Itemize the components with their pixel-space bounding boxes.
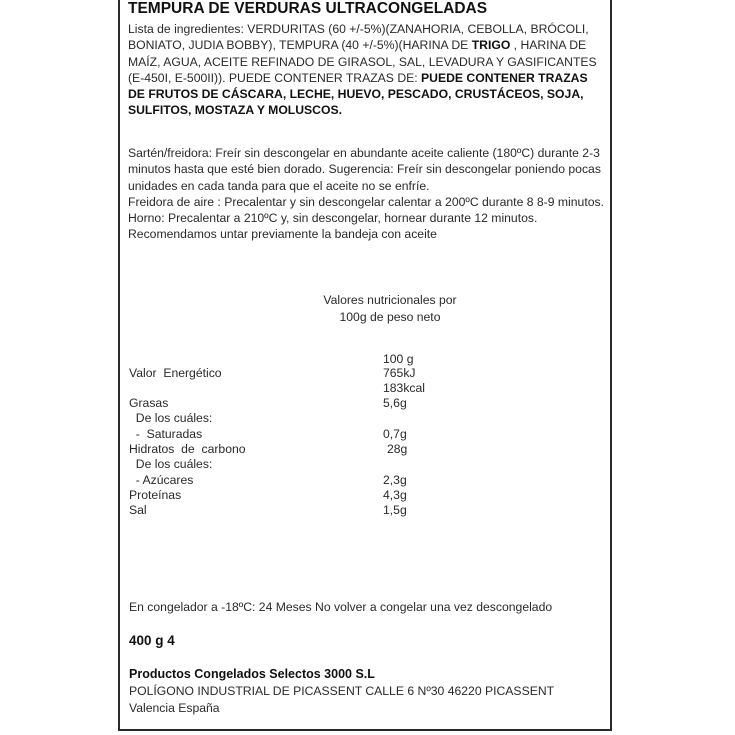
nutrition-row-label: Grasas [129,396,168,410]
nutrition-row-value: 2,3g [383,473,407,487]
nutrition-row-value: 5,6g [383,396,407,410]
nutrition-row-value: 28g [387,442,407,456]
nutrition-row-label: Valor Energético [129,366,222,380]
nutrition-row-value: 4,3g [383,488,407,502]
nutrition-row-label: - Azúcares [129,473,193,487]
company-name: Productos Congelados Selectos 3000 S.L [129,667,375,681]
nutrition-row-value: 765kJ [383,366,416,380]
nutrition-row-value: 1,5g [383,503,407,517]
nutrition-header-line1: Valores nutricionales por [300,292,480,309]
nutrition-row-label: Hidratos de carbono [129,442,246,456]
preparation-instructions: Sartén/freidora: Freír sin descongelar e… [128,145,606,243]
nutrition-row-label: De los cuáles: [129,411,212,425]
nutrition-row-value: 183kcal [383,381,425,395]
company-region: Valencia España [129,701,220,715]
prep-pan-fryer: Sartén/freidora: Freír sin descongelar e… [128,145,606,194]
nutrition-header: Valores nutricionales por 100g de peso n… [300,292,480,326]
prep-oven: Horno: Precalentar a 210ºC y, sin descon… [128,210,606,243]
ingredients-list: Lista de ingredientes: VERDURITAS (60 +/… [128,21,606,119]
nutrition-row-label: Proteínas [129,488,181,502]
company-address: POLÍGONO INDUSTRIAL DE PICASSENT CALLE 6… [129,684,554,698]
nutrition-row-label: - Saturadas [129,427,202,441]
prep-air-fryer: Freidora de aire : Precalentar y sin des… [128,194,606,210]
nutrition-row-label: De los cuáles: [129,457,212,471]
allergen-wheat: TRIGO [472,38,511,52]
nutrition-column-header: 100 g [383,352,414,366]
product-title: TEMPURA DE VERDURAS ULTRACONGELADAS [128,0,487,18]
nutrition-row-value: 0,7g [383,427,407,441]
net-weight: 400 g 4 [129,633,175,648]
nutrition-row-label: Sal [129,503,147,517]
storage-instructions: En congelador a -18ºC: 24 Meses No volve… [129,600,552,614]
nutrition-header-line2: 100g de peso neto [300,309,480,326]
